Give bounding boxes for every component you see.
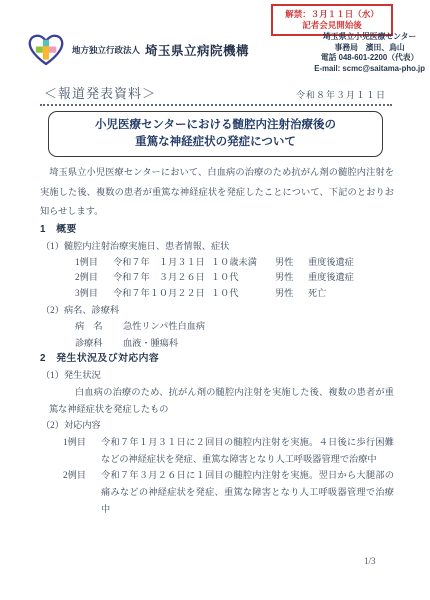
response-row: 2例目 令和７年３月２６日に１回目の髄腔内注射を実施。翌日から大腿部の痛みなどの… (40, 467, 394, 517)
case-date: 令和７年 ３月２６日 (113, 270, 211, 286)
section1-item2-label: （2）病名、診療科 (40, 302, 394, 319)
case-date: 令和７年１０月２２日 (113, 286, 211, 302)
response-no: 2例目 (63, 467, 101, 517)
case-row: 3例目 令和７年１０月２２日 １０代 男性 死亡 (40, 286, 394, 302)
doc-type-heading: ＜報道発表資料＞ (44, 83, 156, 102)
section1-item1-label: （1）髄腔内注射治療実施日、患者情報、症状 (40, 238, 394, 255)
response-row: 1例目 令和７年１月３１日に２回目の髄腔内注射を実施。４日後に歩行困難などの神経… (40, 434, 394, 468)
title-line1: 小児医療センターにおける髄腔内注射治療後の (49, 117, 382, 134)
department-label: 診療科 (75, 335, 123, 351)
section2-heading: 2 発生状況及び対応内容 (40, 351, 394, 368)
response-body: 令和７年１月３１日に２回目の髄腔内注射を実施。４日後に歩行困難などの神経症状を発… (101, 434, 394, 468)
case-no: 2例目 (75, 270, 113, 286)
contact-block: 埼玉県立小児医療センター 事務局 濱田、鳥山 電話 048-601-2200（代… (314, 32, 425, 74)
case-age: １０代 (211, 286, 275, 302)
disease-label: 病 名 (75, 318, 123, 334)
department-value: 血液・腫瘍科 (123, 335, 178, 351)
response-body: 令和７年３月２６日に１回目の髄腔内注射を実施。翌日から大腿部の痛みなどの神経症状… (101, 467, 394, 517)
contact-center: 埼玉県立小児医療センター (314, 32, 425, 43)
title-box: 小児医療センターにおける髄腔内注射治療後の 重篤な神経症状の発症について (48, 111, 383, 157)
disease-value: 急性リンパ性白血病 (123, 318, 205, 334)
case-date: 令和７年 １月３１日 (113, 255, 211, 271)
disease-row: 病 名 急性リンパ性白血病 (40, 318, 394, 334)
document-body: 埼玉県立小児医療センターにおいて、白血病の治療のため抗がん剤の髄腔内注射を実施し… (40, 163, 394, 518)
contact-phone: 電話 048-601-2200（代表） (314, 53, 425, 64)
case-outcome: 死亡 (308, 286, 326, 302)
case-no: 1例目 (75, 255, 113, 271)
case-sex: 男性 (275, 255, 308, 271)
case-sex: 男性 (275, 286, 308, 302)
title-line2: 重篤な神経症状の発症について (49, 134, 382, 151)
case-outcome: 重度後遺症 (308, 255, 354, 271)
section1-heading: 1 概要 (40, 222, 394, 239)
embargo-line2: 記者会見開始後 (273, 20, 391, 31)
org-name: 埼玉県立病院機構 (145, 41, 249, 59)
case-outcome: 重度後遺症 (308, 270, 354, 286)
org-prefix: 地方独立行政法人 (72, 44, 140, 56)
case-row: 1例目 令和７年 １月３１日 １０歳未満 男性 重度後遺症 (40, 255, 394, 271)
case-age: １０歳未満 (211, 255, 275, 271)
contact-office: 事務局 濱田、鳥山 (314, 43, 425, 54)
press-release-page: 解禁：３月１１日（水） 記者会見開始後 地方独立行政法人 埼玉県立病院機構 埼玉… (0, 0, 430, 600)
response-no: 1例目 (63, 434, 101, 468)
heart-cross-logo-icon (26, 32, 66, 68)
dotted-divider (40, 104, 392, 106)
department-row: 診療科 血液・腫瘍科 (40, 335, 394, 351)
org-header: 地方独立行政法人 埼玉県立病院機構 (26, 32, 249, 68)
case-age: １０代 (211, 270, 275, 286)
occurrence-paragraph: 白血病の治療のため、抗がん剤の髄腔内注射を実施した後、複数の患者が重篤な神経症状… (40, 384, 394, 418)
release-date: 令和８年３月１１日 (296, 88, 386, 101)
contact-email: E-mail: scmc@saitama-pho.jp (314, 64, 425, 75)
section2-item1-label: （1）発生状況 (40, 367, 394, 384)
page-number: 1/3 (364, 556, 376, 566)
embargo-line1: 解禁：３月１１日（水） (273, 9, 391, 20)
case-no: 3例目 (75, 286, 113, 302)
case-row: 2例目 令和７年 ３月２６日 １０代 男性 重度後遺症 (40, 270, 394, 286)
intro-paragraph: 埼玉県立小児医療センターにおいて、白血病の治療のため抗がん剤の髄腔内注射を実施し… (40, 163, 394, 222)
section2-item2-label: （2）対応内容 (40, 417, 394, 434)
case-sex: 男性 (275, 270, 308, 286)
